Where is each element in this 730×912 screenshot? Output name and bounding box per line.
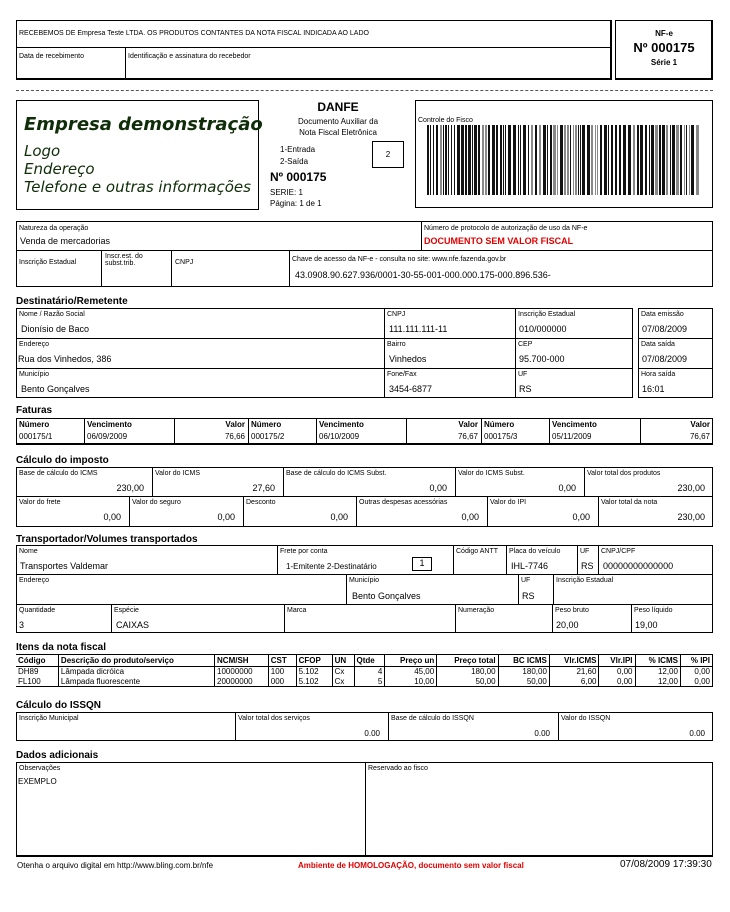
divider bbox=[84, 418, 85, 445]
net-weight: 19,00 bbox=[635, 620, 658, 630]
cut-line bbox=[16, 90, 713, 91]
items-header-cell: NCM/SH bbox=[215, 655, 269, 667]
tax-label: Valor do ICMS bbox=[155, 470, 200, 477]
tax-value: 0,00 bbox=[129, 512, 235, 522]
issqn-value: 0.00 bbox=[388, 729, 550, 738]
carrier-name-label: Nome bbox=[19, 548, 38, 555]
items-header-cell: Qtde bbox=[354, 655, 385, 667]
danfe-serie: SERIE: 1 bbox=[270, 188, 303, 197]
carrier-uf2-label: UF bbox=[521, 577, 530, 584]
exit-date: 07/08/2009 bbox=[642, 354, 687, 364]
items-cell: 12,00 bbox=[635, 667, 680, 677]
observations-label: Observações bbox=[19, 765, 60, 772]
carrier-uf: RS bbox=[581, 561, 594, 571]
carrier-uf2: RS bbox=[522, 591, 535, 601]
recipient-city: Bento Gonçalves bbox=[21, 384, 90, 394]
tax-label: Valor total dos produtos bbox=[587, 470, 660, 477]
invoice-value: 76,67 bbox=[640, 432, 710, 441]
tax-value: 230,00 bbox=[584, 483, 705, 493]
items-cell: 12,00 bbox=[635, 677, 680, 687]
tax-label: Base de cálculo do ICMS bbox=[19, 470, 98, 477]
carrier-name: Transportes Valdemar bbox=[20, 561, 108, 571]
tax-value: 0,00 bbox=[243, 512, 348, 522]
items-cell: 0,00 bbox=[599, 677, 635, 687]
items-header-cell: CFOP bbox=[296, 655, 332, 667]
section-transport: Transportador/Volumes transportados bbox=[16, 534, 198, 545]
items-cell: Cx bbox=[332, 677, 354, 687]
print-timestamp: 07/08/2009 17:39:30 bbox=[620, 859, 712, 870]
brand-label: Marca bbox=[287, 607, 306, 614]
items-cell: 10000000 bbox=[215, 667, 269, 677]
items-header-cell: Vlr.ICMS bbox=[549, 655, 599, 667]
section-invoices: Faturas bbox=[16, 405, 52, 416]
antt-label: Código ANTT bbox=[456, 548, 498, 555]
protocol-label: Número de protocolo de autorização de us… bbox=[424, 225, 587, 232]
items-cell: 5 bbox=[354, 677, 385, 687]
invoice-due-header: Vencimento bbox=[87, 420, 132, 429]
items-header-cell: Descrição do produto/serviço bbox=[58, 655, 214, 667]
access-key-label: Chave de acesso da NF-e - consulta no si… bbox=[292, 256, 506, 263]
items-header-cell: Código bbox=[16, 655, 58, 667]
recipient-name: Dionísio de Baco bbox=[21, 324, 89, 334]
tax-label: Valor do seguro bbox=[132, 499, 181, 506]
items-header-cell: % ICMS bbox=[635, 655, 680, 667]
table-row: FL100Lâmpada fluorescente200000000005.10… bbox=[16, 677, 713, 687]
section-tax: Cálculo do imposto bbox=[16, 455, 109, 466]
items-cell: FL100 bbox=[16, 677, 58, 687]
invoice-value: 76,67 bbox=[406, 432, 478, 441]
nature-label: Natureza da operação bbox=[19, 225, 88, 232]
section-items: Itens da nota fiscal bbox=[16, 642, 106, 653]
nfe-label: NF-e bbox=[615, 29, 713, 38]
issqn-label: Valor do ISSQN bbox=[561, 715, 610, 722]
invoice-due-header: Vencimento bbox=[319, 420, 364, 429]
items-cell: 5.102 bbox=[296, 667, 332, 677]
emission-date: 07/08/2009 bbox=[642, 324, 687, 334]
danfe-saida: 2-Saída bbox=[280, 157, 308, 166]
divider bbox=[248, 418, 249, 445]
danfe-subtitle-2: Nota Fiscal Eletrônica bbox=[268, 128, 408, 137]
recipient-address: Rua dos Vinhedos, 386 bbox=[18, 354, 111, 364]
recipient-phone: 3454-6877 bbox=[389, 384, 432, 394]
qty-value: 3 bbox=[19, 620, 24, 630]
gross-weight-label: Peso bruto bbox=[555, 607, 589, 614]
tax-value: 0,00 bbox=[487, 512, 590, 522]
carrier-city: Bento Gonçalves bbox=[352, 591, 421, 601]
reserved-label: Reservado ao fisco bbox=[368, 765, 428, 772]
homologation-warning: Ambiente de HOMOLOGAÇÃO, documento sem v… bbox=[298, 861, 524, 870]
protocol-value: DOCUMENTO SEM VALOR FISCAL bbox=[424, 236, 573, 246]
recipient-cnpj-label: CNPJ bbox=[387, 311, 405, 318]
items-cell: DH89 bbox=[16, 667, 58, 677]
items-cell: 4 bbox=[354, 667, 385, 677]
nfe-number: Nº 000175 bbox=[615, 40, 713, 55]
items-cell: Cx bbox=[332, 667, 354, 677]
recipient-uf-label: UF bbox=[518, 371, 527, 378]
exit-time: 16:01 bbox=[642, 384, 665, 394]
recipient-phone-label: Fone/Fax bbox=[387, 371, 417, 378]
items-cell: 50,00 bbox=[437, 677, 498, 687]
receipt-text: RECEBEMOS DE Empresa Teste LTDA. OS PROD… bbox=[19, 30, 369, 37]
numbering-label: Numeração bbox=[458, 607, 494, 614]
table-row: DH89Lâmpada dicróica100000001005.102Cx44… bbox=[16, 667, 713, 677]
carrier-city-label: Município bbox=[349, 577, 379, 584]
invoice-number: 000175/3 bbox=[484, 432, 517, 441]
items-header-cell: BC ICMS bbox=[498, 655, 549, 667]
gross-weight: 20,00 bbox=[556, 620, 579, 630]
issqn-value: 0.00 bbox=[558, 729, 705, 738]
freight-text: 1-Emitente 2-Destinatário bbox=[286, 562, 377, 571]
items-cell: 0,00 bbox=[599, 667, 635, 677]
items-table: CódigoDescrição do produto/serviçoNCM/SH… bbox=[16, 654, 713, 687]
invoice-value-header: Valor bbox=[174, 420, 245, 429]
danfe-type-value: 2 bbox=[372, 150, 404, 159]
recipient-district: Vinhedos bbox=[389, 354, 426, 364]
receipt-signature-label: Identificação e assinatura do recebedor bbox=[128, 53, 251, 60]
tax-value: 0,00 bbox=[16, 512, 121, 522]
items-cell: 180,00 bbox=[437, 667, 498, 677]
divider bbox=[549, 418, 550, 445]
invoice-due: 06/09/2009 bbox=[87, 432, 127, 441]
carrier-cnpj-label: CNPJ/CPF bbox=[601, 548, 635, 555]
fisco-label: Controle do Fisco bbox=[418, 117, 473, 124]
ie-st-label: Inscr.est. do subst.trib. bbox=[105, 253, 165, 267]
recipient-box bbox=[16, 308, 633, 398]
items-header-cell: Preço un bbox=[385, 655, 437, 667]
divider bbox=[316, 418, 317, 445]
cnpj-label: CNPJ bbox=[175, 259, 193, 266]
carrier-uf-label: UF bbox=[580, 548, 589, 555]
issqn-label: Valor total dos serviços bbox=[238, 715, 310, 722]
freight-label: Frete por conta bbox=[280, 548, 327, 555]
exit-date-label: Data saída bbox=[641, 341, 675, 348]
carrier-address-label: Endereço bbox=[19, 577, 49, 584]
danfe-subtitle-1: Documento Auxiliar da bbox=[268, 117, 408, 126]
tax-value: 0,00 bbox=[283, 483, 447, 493]
invoice-value-header: Valor bbox=[640, 420, 710, 429]
carrier-ie-label: Inscrição Estadual bbox=[556, 577, 613, 584]
invoice-due: 05/11/2009 bbox=[552, 432, 591, 441]
emitter-phone: Telefone e outras informações bbox=[24, 178, 251, 196]
divider bbox=[481, 418, 482, 445]
net-weight-label: Peso líquido bbox=[634, 607, 673, 614]
exit-time-label: Hora saída bbox=[641, 371, 675, 378]
items-cell: 5.102 bbox=[296, 677, 332, 687]
tax-label: Desconto bbox=[246, 499, 276, 506]
danfe-number: Nº 000175 bbox=[270, 170, 326, 184]
invoice-value-header: Valor bbox=[406, 420, 478, 429]
invoice-number-header: Número bbox=[19, 420, 49, 429]
recipient-city-label: Município bbox=[19, 371, 49, 378]
recipient-cep: 95.700-000 bbox=[519, 354, 565, 364]
items-header-cell: % IPI bbox=[680, 655, 712, 667]
items-cell: 45,00 bbox=[385, 667, 437, 677]
recipient-ie: 010/000000 bbox=[519, 324, 567, 334]
invoice-value: 76,66 bbox=[174, 432, 245, 441]
plate-value: IHL-7746 bbox=[511, 561, 548, 571]
tax-value: 230,00 bbox=[16, 483, 144, 493]
emitter-name: Empresa demonstração bbox=[24, 114, 263, 135]
items-header-cell: Vlr.IPI bbox=[599, 655, 635, 667]
recipient-cep-label: CEP bbox=[518, 341, 532, 348]
items-cell: 10,00 bbox=[385, 677, 437, 687]
ie-label: Inscrição Estadual bbox=[19, 259, 76, 266]
invoice-number-header: Número bbox=[251, 420, 281, 429]
section-issqn: Cálculo do ISSQN bbox=[16, 700, 101, 711]
emitter-address: Endereço bbox=[24, 160, 95, 178]
tax-value: 27,60 bbox=[152, 483, 275, 493]
qty-label: Quantidade bbox=[19, 607, 55, 614]
recipient-address-label: Endereço bbox=[19, 341, 49, 348]
emission-date-label: Data emissão bbox=[641, 311, 684, 318]
tax-value: 0,00 bbox=[356, 512, 479, 522]
issqn-value: 0.00 bbox=[235, 729, 380, 738]
tax-value: 0,00 bbox=[455, 483, 576, 493]
kind-label: Espécie bbox=[114, 607, 139, 614]
section-additional: Dados adicionais bbox=[16, 750, 98, 761]
items-cell: 0,00 bbox=[680, 667, 712, 677]
section-recipient: Destinatário/Remetente bbox=[16, 296, 128, 307]
danfe-page: Página: 1 de 1 bbox=[270, 199, 322, 208]
receipt-date-label: Data de recebimento bbox=[19, 53, 84, 60]
download-link[interactable]: Otenha o arquivo digital em http://www.b… bbox=[17, 861, 213, 870]
invoice-number-header: Número bbox=[484, 420, 514, 429]
items-cell: 6,00 bbox=[549, 677, 599, 687]
recipient-cnpj: 111.111.111-11 bbox=[389, 324, 447, 334]
barcode-icon bbox=[427, 125, 701, 195]
tax-label: Valor do IPI bbox=[490, 499, 526, 506]
items-cell: 20000000 bbox=[215, 677, 269, 687]
invoice-due-header: Vencimento bbox=[552, 420, 597, 429]
tax-label: Valor total da nota bbox=[601, 499, 657, 506]
invoice-number: 000175/2 bbox=[251, 432, 284, 441]
access-key-value: 43.0908.90.627.936/0001-30-55-001-000.00… bbox=[295, 270, 551, 280]
kind-value: CAIXAS bbox=[116, 620, 149, 630]
emitter-logo: Logo bbox=[24, 142, 60, 160]
items-cell: 0,00 bbox=[680, 677, 712, 687]
items-header-cell: UN bbox=[332, 655, 354, 667]
danfe-entrada: 1-Entrada bbox=[280, 145, 315, 154]
tax-label: Valor do ICMS Subst. bbox=[458, 470, 525, 477]
tax-value: 230,00 bbox=[598, 512, 705, 522]
items-header-cell: Preço total bbox=[437, 655, 498, 667]
nfe-serie: Série 1 bbox=[615, 58, 713, 67]
danfe-title: DANFE bbox=[268, 100, 408, 114]
issqn-label: Inscrição Municipal bbox=[19, 715, 79, 722]
issqn-label: Base de cálculo do ISSQN bbox=[391, 715, 474, 722]
tax-label: Outras despesas acessórias bbox=[359, 499, 447, 506]
recipient-uf: RS bbox=[519, 384, 532, 394]
items-cell: 000 bbox=[268, 677, 296, 687]
tax-label: Valor do frete bbox=[19, 499, 61, 506]
plate-label: Placa do veículo bbox=[509, 548, 560, 555]
nature-value: Venda de mercadorias bbox=[20, 236, 110, 246]
recipient-district-label: Bairro bbox=[387, 341, 406, 348]
freight-value: 1 bbox=[412, 558, 432, 568]
items-cell: 180,00 bbox=[498, 667, 549, 677]
receipt-stub bbox=[16, 20, 612, 80]
recipient-name-label: Nome / Razão Social bbox=[19, 311, 85, 318]
carrier-cnpj: 00000000000000 bbox=[603, 561, 673, 571]
recipient-ie-label: Inscrição Estadual bbox=[518, 311, 575, 318]
items-header-cell: CST bbox=[268, 655, 296, 667]
items-cell: 50,00 bbox=[498, 677, 549, 687]
invoice-number: 000175/1 bbox=[19, 432, 52, 441]
tax-label: Base de cálculo do ICMS Subst. bbox=[286, 470, 386, 477]
items-cell: Lâmpada dicróica bbox=[58, 667, 214, 677]
items-cell: 21,60 bbox=[549, 667, 599, 677]
observations-value: EXEMPLO bbox=[18, 777, 57, 786]
items-cell: Lâmpada fluorescente bbox=[58, 677, 214, 687]
invoice-due: 06/10/2009 bbox=[319, 432, 359, 441]
items-cell: 100 bbox=[268, 667, 296, 677]
